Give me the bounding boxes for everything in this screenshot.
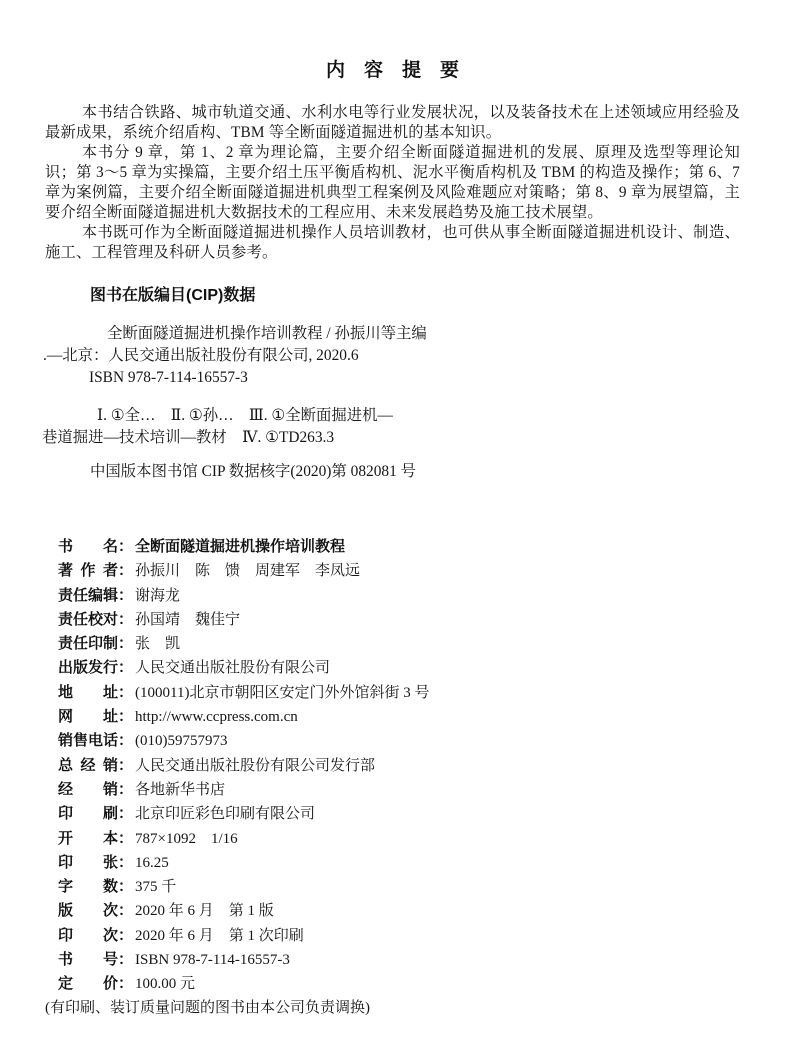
colophon-row-value: (100011)北京市朝阳区安定门外外馆斜街 3 号 (135, 685, 429, 701)
colophon-row-colon: ： (118, 781, 133, 798)
colophon-row: 书名：全断面隧道掘进机操作培训教程 (58, 535, 740, 559)
cip-publisher-line: .—北京：人民交通出版社股份有限公司, 2020.6 (43, 345, 740, 367)
colophon-row: 网址：http://www.ccpress.com.cn (58, 705, 740, 729)
colophon-row-colon: ： (118, 878, 133, 895)
colophon-row-colon: ： (118, 538, 133, 555)
colophon-row-colon: ： (118, 854, 133, 871)
colophon-row-value: 787×1092 1/16 (135, 831, 238, 847)
colophon-row: 开本：787×1092 1/16 (58, 827, 740, 851)
colophon-row-colon: ： (118, 757, 133, 774)
colophon-row-value: 375 千 (135, 879, 176, 895)
colophon-row-label: 责任编辑 (58, 584, 118, 607)
copyright-page: 内 容 提 要 本书结合铁路、城市轨道交通、水利水电等行业发展状况，以及装备技术… (0, 0, 790, 1057)
colophon-row-colon: ： (118, 562, 133, 579)
cip-isbn-line: ISBN 978-7-114-16557-3 (89, 367, 740, 389)
colophon-row: 经销：各地新华书店 (58, 778, 740, 802)
colophon-row-value: 人民交通出版社股份有限公司发行部 (135, 758, 375, 774)
colophon-row: 版次：2020 年 6 月 第 1 版 (58, 899, 740, 923)
colophon-row-label: 出版发行 (58, 656, 118, 679)
cip-classification-line2: 巷道掘进—技术培训—教材 Ⅳ. ①TD263.3 (42, 427, 740, 449)
summary-paragraph-1: 本书结合铁路、城市轨道交通、水利水电等行业发展状况，以及装备技术在上述领域应用经… (45, 103, 740, 143)
colophon-row-value: 2020 年 6 月 第 1 版 (135, 903, 274, 919)
colophon-row: 书号：ISBN 978-7-114-16557-3 (58, 948, 740, 972)
colophon-row-colon: ： (118, 830, 133, 847)
colophon-row: 定价：100.00 元 (58, 972, 740, 996)
colophon-row-label: 经销 (58, 778, 118, 801)
colophon-row-colon: ： (118, 732, 133, 749)
colophon-row-label: 责任印制 (58, 632, 118, 655)
summary-paragraph-2: 本书分 9 章，第 1、2 章为理论篇，主要介绍全断面隧道掘进机的发展、原理及选… (45, 143, 740, 223)
exchange-note: (有印刷、装订质量问题的图书由本公司负责调换) (45, 998, 740, 1019)
colophon-row-label: 责任校对 (58, 608, 118, 631)
colophon-row-colon: ： (118, 659, 133, 676)
colophon-row: 销售电话：(010)59757973 (58, 729, 740, 753)
colophon-row-value: 16.25 (135, 855, 169, 871)
colophon-row-colon: ： (118, 975, 133, 992)
colophon-row-colon: ： (118, 708, 133, 725)
summary-title: 内 容 提 要 (45, 58, 740, 84)
colophon-row-label: 开本 (58, 827, 118, 850)
colophon-row: 责任校对：孙国靖 魏佳宁 (58, 608, 740, 632)
colophon-row-label: 总经销 (58, 754, 118, 777)
colophon-row: 总经销：人民交通出版社股份有限公司发行部 (58, 754, 740, 778)
colophon-list: 书名：全断面隧道掘进机操作培训教程 著作者：孙振川 陈 馈 周建军 李凤远 责任… (58, 535, 740, 997)
colophon-row-value: 100.00 元 (135, 976, 195, 992)
colophon-row-label: 销售电话 (58, 729, 118, 752)
colophon-row-value: 人民交通出版社股份有限公司 (135, 660, 330, 676)
colophon-row: 著作者：孙振川 陈 馈 周建军 李凤远 (58, 559, 740, 583)
colophon-row-colon: ： (118, 684, 133, 701)
colophon-row: 字数：375 千 (58, 875, 740, 899)
colophon-row-label: 印次 (58, 924, 118, 947)
colophon-row-label: 书名 (58, 535, 118, 558)
colophon-row-label: 版次 (58, 899, 118, 922)
colophon-row: 出版发行：人民交通出版社股份有限公司 (58, 656, 740, 680)
colophon-row-colon: ： (118, 805, 133, 822)
colophon-row-label: 定价 (58, 972, 118, 995)
colophon-row-value: 2020 年 6 月 第 1 次印刷 (135, 928, 304, 944)
colophon-row: 责任编辑：谢海龙 (58, 584, 740, 608)
colophon-row: 印次：2020 年 6 月 第 1 次印刷 (58, 924, 740, 948)
colophon-row: 印刷：北京印匠彩色印刷有限公司 (58, 802, 740, 826)
cip-record-line: 中国版本图书馆 CIP 数据核字(2020)第 082081 号 (90, 461, 740, 483)
colophon-row-value: http://www.ccpress.com.cn (135, 709, 298, 725)
colophon-row-colon: ： (118, 902, 133, 919)
colophon-row-label: 印刷 (58, 802, 118, 825)
colophon-row-colon: ： (118, 611, 133, 628)
colophon-row-label: 字数 (58, 875, 118, 898)
cip-classification-line1: Ⅰ. ①全… Ⅱ. ①孙… Ⅲ. ①全断面掘进机— (97, 405, 740, 427)
colophon-row-colon: ： (118, 951, 133, 968)
colophon-row-value: 谢海龙 (135, 588, 180, 604)
colophon-row-value: ISBN 978-7-114-16557-3 (135, 952, 290, 968)
colophon-row-value: 孙振川 陈 馈 周建军 李凤远 (135, 563, 360, 579)
cip-title-line: 全断面隧道掘进机操作培训教程 / 孙振川等主编 (107, 323, 740, 345)
colophon-row-value: 全断面隧道掘进机操作培训教程 (135, 538, 345, 555)
colophon-row-label: 网址 (58, 705, 118, 728)
colophon-row-label: 地址 (58, 681, 118, 704)
colophon-row-value: 各地新华书店 (135, 782, 225, 798)
colophon-row: 地址：(100011)北京市朝阳区安定门外外馆斜街 3 号 (58, 681, 740, 705)
summary-paragraph-3: 本书既可作为全断面隧道掘进机操作人员培训教材，也可供从事全断面隧道掘进机设计、制… (45, 223, 740, 263)
colophon-row-value: 孙国靖 魏佳宁 (135, 612, 240, 628)
colophon-row-label: 书号 (58, 948, 118, 971)
cip-section: 图书在版编目(CIP)数据 全断面隧道掘进机操作培训教程 / 孙振川等主编 .—… (45, 285, 740, 483)
colophon-row-value: 北京印匠彩色印刷有限公司 (135, 806, 315, 822)
colophon-row-colon: ： (118, 927, 133, 944)
colophon-row-colon: ： (118, 635, 133, 652)
colophon-row: 责任印制：张 凯 (58, 632, 740, 656)
colophon-row: 印张：16.25 (58, 851, 740, 875)
colophon-row-label: 著作者 (58, 559, 118, 582)
cip-heading: 图书在版编目(CIP)数据 (90, 285, 740, 307)
colophon-row-value: 张 凯 (135, 636, 180, 652)
colophon-row-colon: ： (118, 587, 133, 604)
summary-block: 本书结合铁路、城市轨道交通、水利水电等行业发展状况，以及装备技术在上述领域应用经… (45, 103, 740, 263)
colophon-row-label: 印张 (58, 851, 118, 874)
colophon-row-value: (010)59757973 (135, 733, 228, 749)
